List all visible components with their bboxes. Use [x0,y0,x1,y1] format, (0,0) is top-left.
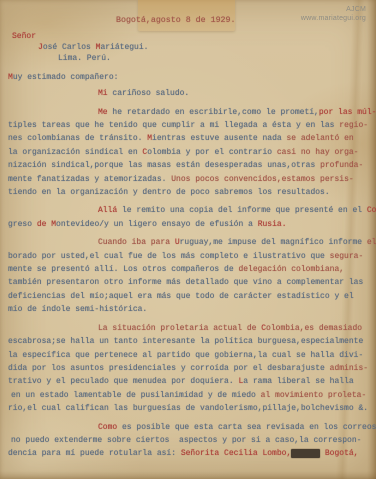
letter-line: dencia para mí puede rotularla así: Seño… [8,447,369,460]
text-segment: tiples tareas que he tenido que cumplir … [8,121,339,130]
red-text-segment: se adelantó en [286,134,353,143]
redacted-text: XXXXXX [291,449,320,458]
text-segment: dencia para mí puede rotularla así: [8,449,181,458]
red-text-segment: delegación colombiana, [238,265,344,274]
red-text-segment: olombia,es demasiado [266,324,362,333]
letter-line: Cuando iba para Uruguay,me impuse del ma… [8,236,369,249]
letter-line: trativo y el peculado que menudea por do… [8,375,369,388]
red-text-segment: Mi [98,89,108,98]
text-segment: osé Carlos [43,43,96,52]
text-segment: ariátegui. [100,43,148,52]
page-bottom-shadow [0,471,376,479]
letter-line: borado por usted,el cual fue de los más … [8,250,369,263]
letter-line: greso de Montevideo/y un ligero ensayo d… [8,218,369,231]
text-segment: tiendo en la organización y dentro de po… [8,188,330,197]
text-segment: uy estimado compañero: [13,73,119,82]
text-segment: ontevideo/y un ligero ensayo de efusión … [56,220,258,229]
letter-line: La situación proletaria actual de Colomb… [8,322,369,335]
red-text-segment: Allá [98,206,117,215]
paragraph: Mi cariñoso saludo. [8,87,369,100]
letter-line: rio,el cual califican las burguesías de … [8,402,369,415]
text-segment: también presentaron otro informe más det… [8,278,363,287]
text-segment: olombia y por el contrario [147,148,277,157]
red-text-segment: por las múl- [319,108,376,117]
paragraph: Allá le remito una copia del informe que… [8,204,369,231]
red-text-segment: ela- [367,238,376,247]
text-segment: greso [8,220,37,229]
letter-line: tiples tareas que he tenido que cumplir … [8,119,369,132]
text-segment: escabrosa;se halla un tanto interesante … [8,337,363,346]
letter-line: la específica que pertenece al partido q… [8,349,369,362]
red-text-segment: al movimiento proleta- [261,391,367,400]
paragraph: La situación proletaria actual de Colomb… [8,322,369,416]
paragraph: Cuando iba para Uruguay,me impuse del ma… [8,236,369,316]
letter-line: mente fanatizadas y atemorizadas. Unos p… [8,173,369,186]
letter-line: mío de índole semi-histórica. [8,303,369,316]
red-text-segment: segura- [330,252,364,261]
text-segment: trativo y el peculado que menudea por do… [8,377,238,386]
letter-line: deficiencias del mío;aquel era más que t… [8,290,369,303]
red-text-segment: casi no hay orga- [277,148,359,157]
dateline: Bogotá,agosto 8 de 1929. [8,14,369,27]
red-text-segment: regio- [339,121,368,130]
red-text-segment: Bogotá,agosto 8 de 1929. [116,16,236,25]
text-segment: no puedo extenderme sobre ciertos aspect… [11,436,361,445]
letter-line: Lima. Perú. [8,54,369,65]
red-text-segment: Bogotá, [325,449,359,458]
red-text-segment: Con- [367,206,376,215]
paragraph: Me he retardado en escribirle,como le pr… [8,106,369,200]
text-segment: nes colombianas de tránsito. [8,134,147,143]
letter-line: Me he retardado en escribirle,como le pr… [8,106,369,119]
red-text-segment: Señor [12,32,36,41]
scanned-letter-page: AJCM www.mariategui.org Bogotá,agosto 8 … [0,0,376,479]
letter-body: Bogotá,agosto 8 de 1929.SeñorJosé Carlos… [8,14,369,466]
text-segment: mente se presentó allí. Los otros compañ… [8,265,238,274]
letter-line: José Carlos Mariátegui. [8,43,369,54]
red-text-segment: Rusia. [258,220,287,229]
letter-line: no puedo extenderme sobre ciertos aspect… [8,434,369,447]
red-text-segment: Como [98,423,117,432]
text-segment: la específica que pertenece al partido q… [8,351,363,360]
red-text-segment: adminis- [330,364,368,373]
letter-line: Allá le remito una copia del informe que… [8,204,369,217]
red-text-segment: Me [98,108,108,117]
letter-line: Muy estimado compañero: [8,71,369,84]
paragraph: Como es posible que esta carta sea revis… [8,421,369,461]
red-text-segment: Señorita Cecilia Lombo, [181,449,291,458]
text-segment: dida por los asuntos presidenciales y co… [8,364,330,373]
address: SeñorJosé Carlos Mariátegui.Lima. Perú. [8,32,369,64]
letter-line: dida por los asuntos presidenciales y co… [8,362,369,375]
letter-line: la organización sindical en Colombia y p… [8,146,369,159]
letter-line: nización sindical,porque las masas están… [8,159,369,172]
letter-line: tiendo en la organización y dentro de po… [8,186,369,199]
text-segment: rio,el cual califican las burguesías de … [8,404,368,413]
letter-line: Señor [8,32,369,43]
red-text-segment: profunda- [320,161,363,170]
text-segment: a rama liberal se halla [243,377,353,386]
text-segment: deficiencias del mío;aquel era más que t… [8,292,354,301]
text-segment: nización sindical,porque las masas están… [8,161,320,170]
text-segment: borado por usted,el cual fue de los más … [8,252,330,261]
watermark-line1: AJCM [301,5,366,14]
red-text-segment: La situación proletaria actual de [98,324,261,333]
text-segment: cariñoso saludo. [108,89,190,98]
letter-line: nes colombianas de tránsito. Mientras es… [8,132,369,145]
letter-line: mente se presentó allí. Los otros compañ… [8,263,369,276]
text-segment: he retardado en escribirle,como le prome… [108,108,319,117]
red-text-segment: de [37,220,47,229]
text-segment: mío de índole semi-histórica. [8,305,147,314]
text-segment: le remito una copia del informe que pres… [117,206,367,215]
letter-line: Como es posible que esta carta sea revis… [8,421,369,434]
letter-line: también presentaron otro informe más det… [8,276,369,289]
red-text-segment: Cuando iba para [98,238,175,247]
text-segment: es posible que esta carta sea revisada e… [117,423,376,432]
text-segment: Lima. Perú. [58,54,111,63]
text-segment: mente fanatizadas y atemorizadas. [8,175,171,184]
text-segment: ruguay,me impuse del magnífico informe [180,238,367,247]
letter-line: Mi cariñoso saludo. [8,87,369,100]
text-segment: ientras estuve ausente nada [152,134,286,143]
letter-line: en un estado lamentable de pusilanimidad… [8,389,369,402]
letter-line: Bogotá,agosto 8 de 1929. [8,14,369,27]
text-segment: en un estado lamentable de pusilanimidad… [11,391,261,400]
salutation: Muy estimado compañero: [8,71,369,84]
letter-line: escabrosa;se halla un tanto interesante … [8,335,369,348]
text-segment: la organización sindical en [8,148,142,157]
red-text-segment: Unos pocos convencidos,estamos persis- [171,175,353,184]
